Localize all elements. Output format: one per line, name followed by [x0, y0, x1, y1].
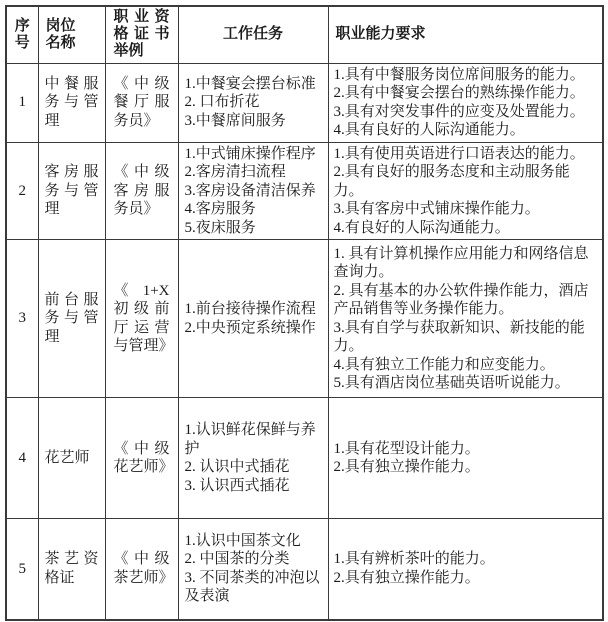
header-serial-number: 序号	[6, 6, 38, 63]
cell-ability-requirements: 1.具有使用英语进行口语表达的能力。 2.具有良好的服务态度和主动服务能力。 3…	[328, 142, 603, 240]
cell-ability-requirements: 1.具有中餐服务岗位席间服务的能力。 2.具有中餐宴会摆台的熟练操作能力。 3.…	[328, 63, 603, 142]
cell-certificate-example: 《中级茶艺师》	[105, 519, 178, 620]
cell-certificate-example: 《中级花艺师》	[105, 398, 178, 519]
cell-serial-number: 5	[6, 519, 38, 620]
cell-certificate-example: 《中级餐厅服务员》	[105, 63, 178, 142]
cell-certificate-example: 《中级客房服务员》	[105, 142, 178, 240]
job-requirements-table: 序号 岗位名称 职业资格证书举例 工作任务 职业能力要求 1 中餐服务与管理 《…	[5, 5, 604, 621]
table-header-row: 序号 岗位名称 职业资格证书举例 工作任务 职业能力要求	[6, 6, 603, 63]
cell-work-tasks: 1.认识中国茶文化 2. 中国茶的分类 3. 不同茶类的冲泡以及表演	[178, 519, 328, 620]
cell-ability-requirements: 1.具有辨析茶叶的能力。 2.具有独立操作能力。	[328, 519, 603, 620]
document-page: 序号 岗位名称 职业资格证书举例 工作任务 职业能力要求 1 中餐服务与管理 《…	[0, 0, 608, 622]
cell-position-name: 前台服务与管理	[38, 240, 105, 398]
cell-position-name: 中餐服务与管理	[38, 63, 105, 142]
cell-position-name: 花艺师	[38, 398, 105, 519]
cell-serial-number: 3	[6, 240, 38, 398]
header-ability-requirements: 职业能力要求	[328, 6, 603, 63]
cell-work-tasks: 1.认识鲜花保鲜与养护 2. 认识中式插花 3. 认识西式插花	[178, 398, 328, 519]
cell-serial-number: 1	[6, 63, 38, 142]
cell-position-name: 茶艺资格证	[38, 519, 105, 620]
cell-ability-requirements: 1. 具有计算机操作应用能力和网络信息查询力。 2. 具有基本的办公软件操作能力…	[328, 240, 603, 398]
table-row: 1 中餐服务与管理 《中级餐厅服务员》 1.中餐宴会摆台标准 2. 口布折花 3…	[6, 63, 603, 142]
table-row: 4 花艺师 《中级花艺师》 1.认识鲜花保鲜与养护 2. 认识中式插花 3. 认…	[6, 398, 603, 519]
header-position-name: 岗位名称	[38, 6, 105, 63]
table-row: 5 茶艺资格证 《中级茶艺师》 1.认识中国茶文化 2. 中国茶的分类 3. 不…	[6, 519, 603, 620]
cell-work-tasks: 1.前台接待操作流程 2.中央预定系统操作	[178, 240, 328, 398]
cell-serial-number: 2	[6, 142, 38, 240]
table-row: 2 客房服务与管理 《中级客房服务员》 1.中式铺床操作程序 2.客房清扫流程 …	[6, 142, 603, 240]
table-row: 3 前台服务与管理 《1+X 初级前厅运营与管理》 1.前台接待操作流程 2.中…	[6, 240, 603, 398]
cell-certificate-example: 《1+X 初级前厅运营与管理》	[105, 240, 178, 398]
header-work-tasks: 工作任务	[178, 6, 328, 63]
cell-ability-requirements: 1.具有花型设计能力。 2.具有独立操作能力。	[328, 398, 603, 519]
cell-position-name: 客房服务与管理	[38, 142, 105, 240]
header-certificate-examples: 职业资格证书举例	[105, 6, 178, 63]
cell-work-tasks: 1.中式铺床操作程序 2.客房清扫流程 3.客房设备清洁保养 4.客房服务 5.…	[178, 142, 328, 240]
cell-serial-number: 4	[6, 398, 38, 519]
cell-work-tasks: 1.中餐宴会摆台标准 2. 口布折花 3.中餐席间服务	[178, 63, 328, 142]
